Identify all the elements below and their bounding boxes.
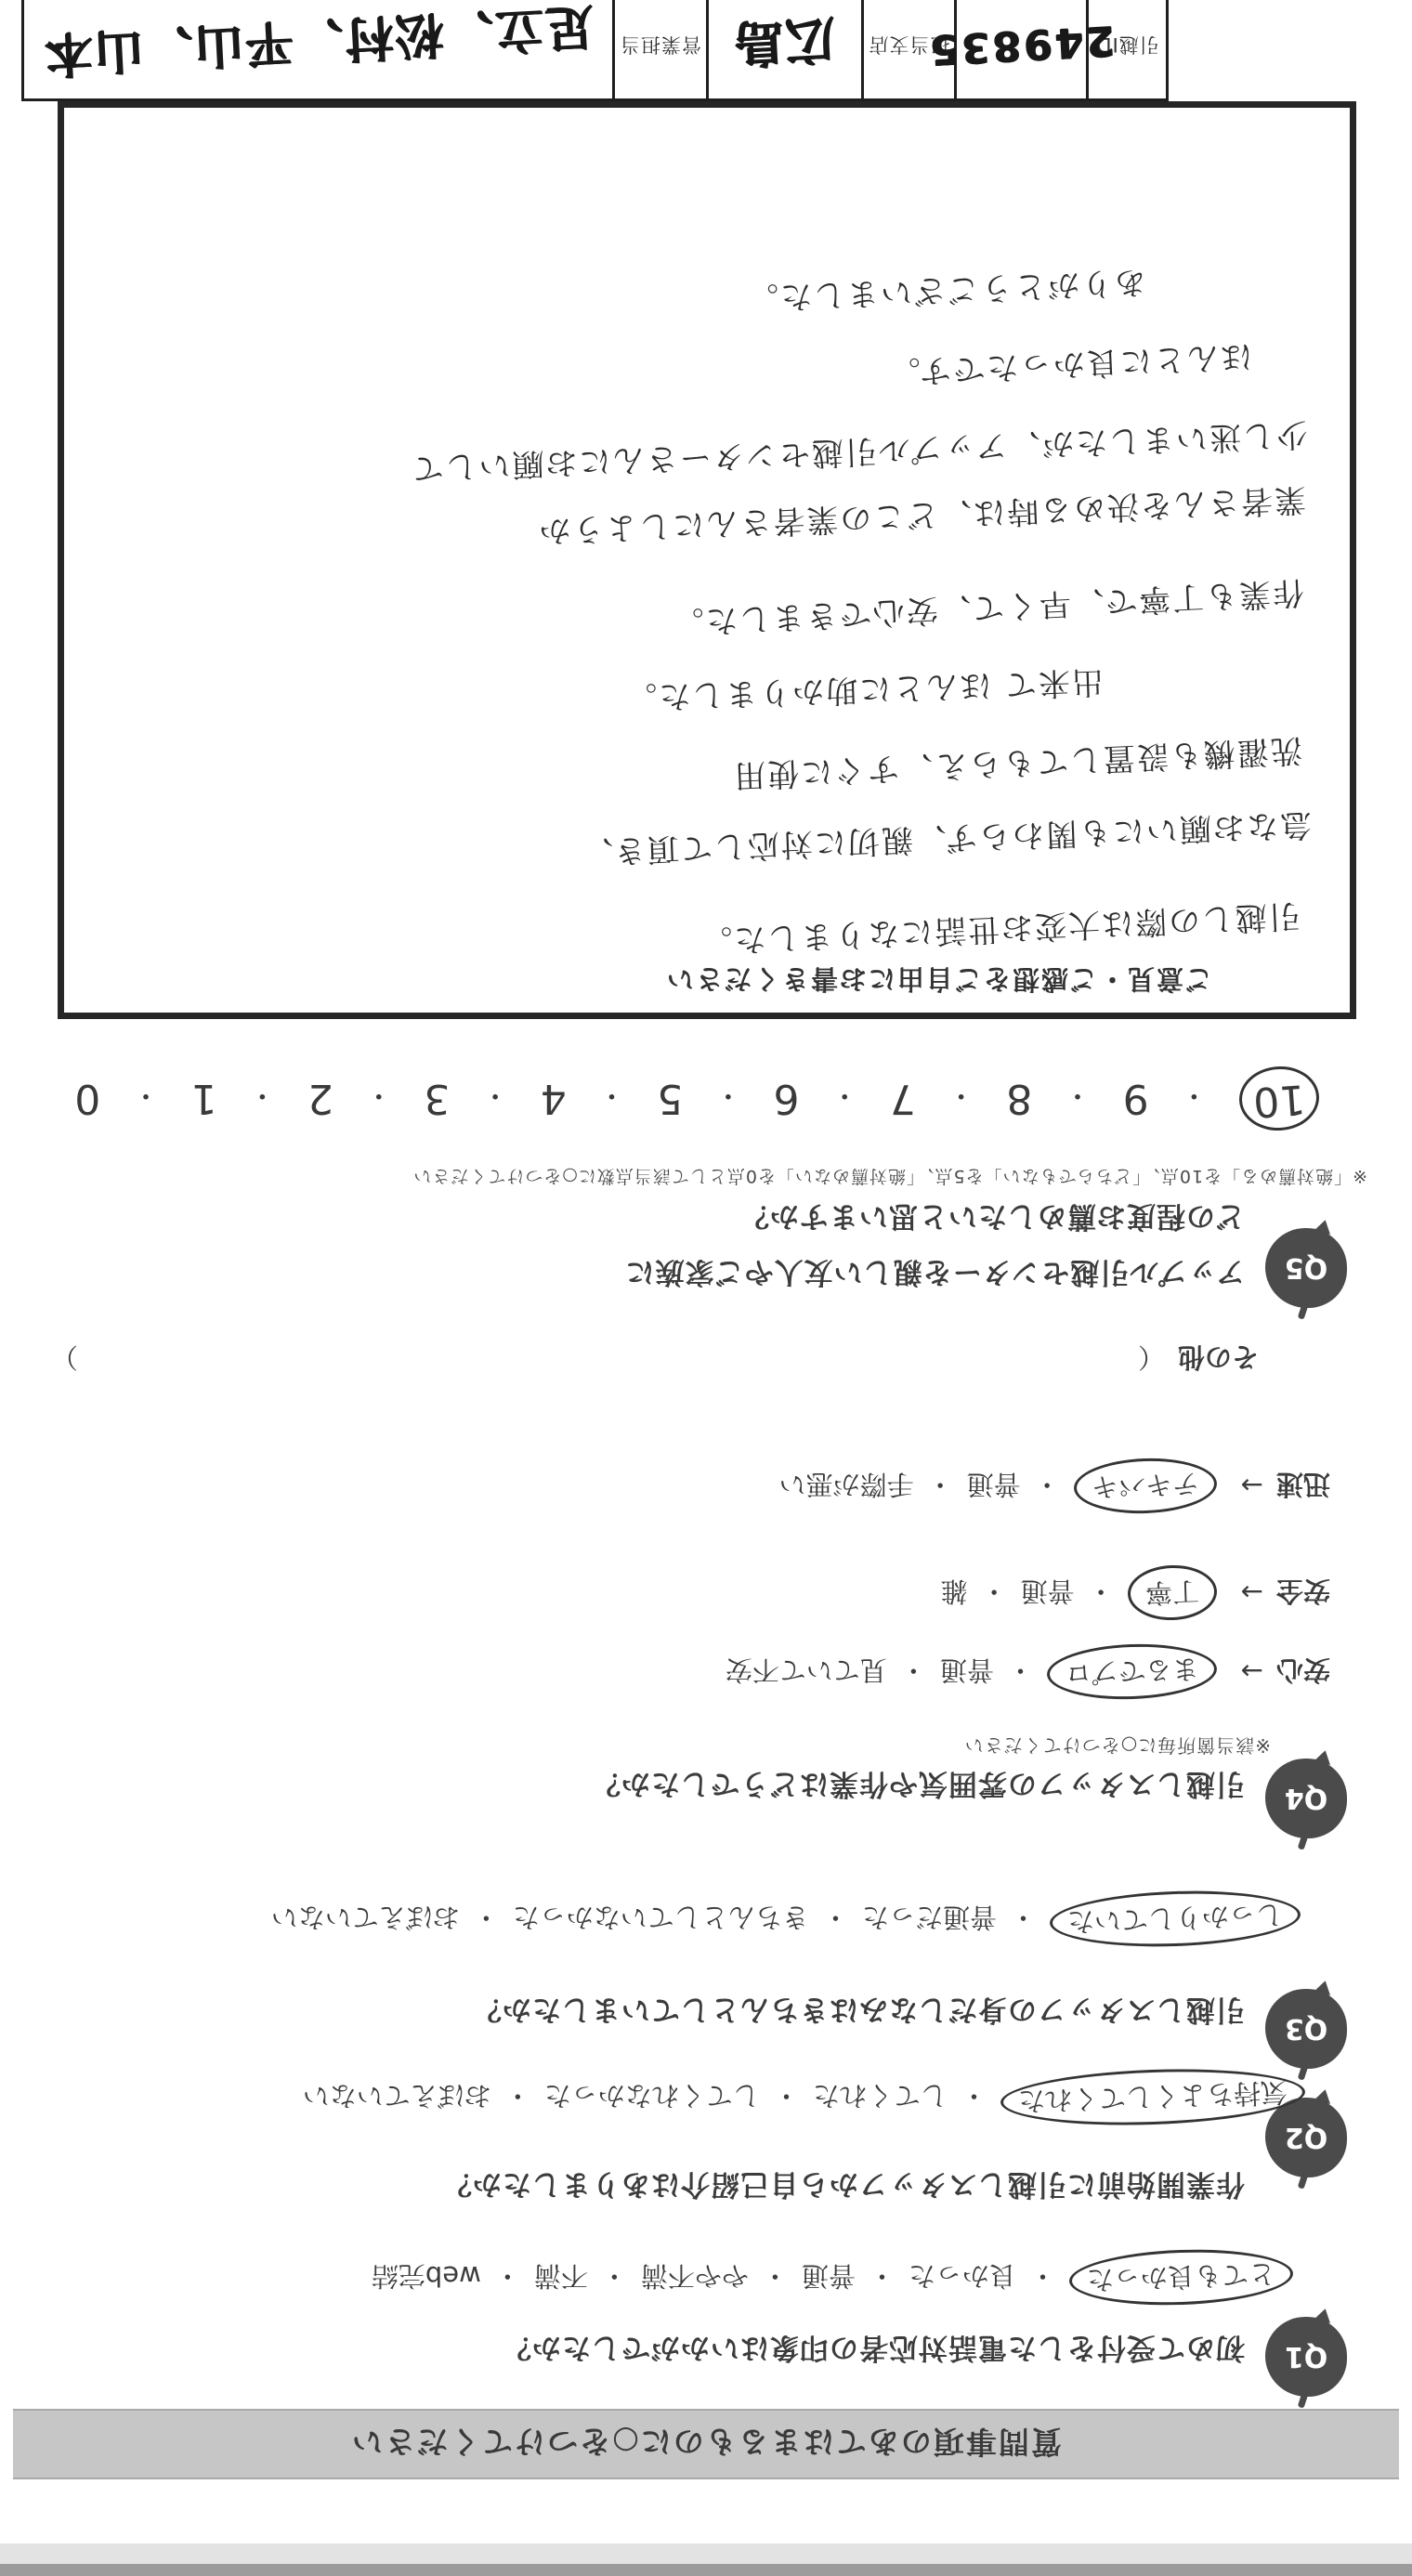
staff-handwritten-value: 足立、松村、平山、山本	[41, 0, 595, 95]
q2-options: 気持ちよくしてくれた ・ してくれた ・ してくれなかった ・ おぼえていない	[303, 2070, 1305, 2125]
q2-badge-label: Q2	[1285, 2122, 1327, 2154]
q4-row-1-selected-pen-circle: 丁寧	[1127, 1563, 1218, 1621]
q3-option-selected-pen-circle: しっかりしていた	[1049, 1887, 1301, 1950]
q4-row-anshin: 安心 → まるでプロ ・ 普通 ・ 見ていて不安	[726, 1644, 1330, 1699]
q5-badge-icon: Q5	[1265, 1228, 1347, 1308]
q3-option-2: きちんとしていなかった	[513, 1900, 809, 1938]
separator-dot: ・	[132, 1079, 160, 1119]
separator-dot: ・	[1010, 1900, 1037, 1938]
q1-badge-icon: Q1	[1265, 2317, 1347, 2397]
arrow-icon: →	[1241, 1656, 1263, 1688]
q4-question: 引越しスタッフの雰囲気や作業はどうでしたか？	[591, 1766, 1245, 1808]
q4-row-0-option-2: 見ていて不安	[726, 1653, 887, 1691]
paren-open: （	[1138, 1340, 1165, 1378]
q5-badge-label: Q5	[1285, 1252, 1327, 1285]
q2-option-0: 気持ちよくしてくれた	[1017, 2076, 1288, 2117]
nps-0: 0	[74, 1075, 100, 1122]
nps-scale: 10 ・ 9 ・ 8 ・ 7 ・ 6 ・ 5 ・ 4 ・ 3 ・ 2 ・ 1 ・…	[74, 1066, 1319, 1131]
q1-option-5: web完結	[372, 2258, 481, 2296]
nps-3: 3	[424, 1075, 450, 1122]
q4-row-2-label: 迅速	[1276, 1467, 1330, 1505]
q4-row-1-label: 安全	[1276, 1574, 1330, 1612]
separator-dot: ・	[1007, 1653, 1034, 1691]
nps-7: 7	[890, 1075, 916, 1122]
q4-badge-label: Q4	[1285, 1783, 1327, 1815]
staff-label: 営業担当	[620, 32, 701, 59]
separator-dot: ・	[948, 1079, 975, 1119]
q4-row-2-selected-pen-circle: テキパキ	[1073, 1456, 1218, 1515]
separator-dot: ・	[900, 1653, 927, 1691]
form-title: 質問事項のあてはまるものに○をつけてください	[350, 2423, 1062, 2466]
paren-close: ）	[51, 1340, 78, 1378]
nps-selected-pen-circle: 10	[1237, 1064, 1322, 1133]
q1-option-4: 不満	[534, 2258, 588, 2296]
q1-option-0: とても良かった	[1086, 2257, 1275, 2295]
separator-dot: ・	[981, 1574, 1008, 1612]
nps-8: 8	[1006, 1075, 1032, 1122]
separator-dot: ・	[961, 2078, 987, 2116]
separator-dot: ・	[869, 2258, 896, 2296]
q4-row-2-option-2: 手際が悪い	[779, 1467, 914, 1505]
separator-dot: ・	[830, 1079, 858, 1119]
arrow-icon: →	[1241, 1577, 1263, 1609]
q4-row-0-option-0: まるでプロ	[1064, 1653, 1199, 1689]
nps-4: 4	[541, 1075, 567, 1122]
separator-dot: ・	[822, 1900, 849, 1938]
separator-dot: ・	[365, 1079, 393, 1119]
separator-dot: ・	[601, 2258, 628, 2296]
q4-other-row: その他 （ ）	[51, 1340, 1259, 1378]
separator-dot: ・	[762, 2258, 789, 2296]
scanned-page: 質問事項のあてはまるものに○をつけてください Q1 初めて受付をした電話対応者の…	[0, 0, 1412, 2576]
q3-option-0: しっかりしていた	[1066, 1899, 1283, 1938]
separator-dot: ・	[504, 2078, 531, 2116]
nps-5: 5	[657, 1075, 683, 1122]
form-title-bar: 質問事項のあてはまるものに○をつけてください	[13, 2409, 1399, 2479]
footer-table: 引越ID 249835 担当支店 広島 営業担当 足立、松村、平山、山本	[21, 0, 1169, 101]
q4-row-jinsoku: 迅速 → テキパキ ・ 普通 ・ 手際が悪い	[779, 1458, 1330, 1513]
q4-row-2-option-0: テキパキ	[1091, 1468, 1199, 1503]
q1-option-3: やや不満	[641, 2258, 749, 2296]
staff-value-cell: 足立、松村、平山、山本	[24, 0, 612, 98]
q3-option-3: おぼえていない	[271, 1900, 460, 1938]
q3-question: 引越しスタッフの身だしなみはきちんとしていましたか？	[472, 1992, 1245, 2033]
q3-badge-label: Q3	[1285, 2013, 1327, 2046]
q4-other-label: その他	[1178, 1340, 1259, 1378]
separator-dot: ・	[714, 1079, 742, 1119]
nps-10: 10	[1251, 1075, 1306, 1126]
q2-option-2: してくれなかった	[544, 2078, 760, 2116]
q2-question: 作業開始前に引越しスタッフから自己紹介はありましたか？	[442, 2166, 1245, 2208]
q1-option-1: 良かった	[909, 2258, 1016, 2296]
nps-1: 1	[191, 1075, 217, 1122]
q4-row-1-option-1: 普通	[1021, 1574, 1075, 1612]
staff-label-cell: 営業担当	[612, 0, 706, 98]
branch-handwritten-value: 広島	[733, 7, 837, 85]
separator-dot: ・	[494, 2258, 521, 2296]
q4-badge-icon: Q4	[1265, 1759, 1347, 1838]
q4-row-2-option-1: 普通	[967, 1467, 1021, 1505]
q4-row-0-label: 安心	[1276, 1653, 1330, 1691]
q1-badge-label: Q1	[1285, 2341, 1327, 2373]
separator-dot: ・	[1088, 1574, 1115, 1612]
q4-row-1-option-0: 丁寧	[1144, 1576, 1199, 1609]
q2-option-1: してくれた	[813, 2078, 948, 2116]
separator-dot: ・	[1180, 1079, 1208, 1119]
scan-edge-strip-light	[0, 2543, 1412, 2564]
scan-edge-strip-dark	[0, 2564, 1412, 2576]
q4-note: ※該当箇所毎に○をつけてください	[964, 1733, 1271, 1760]
comments-box: ご意見・ご感想をご自由にお書きください	[58, 101, 1356, 1019]
q1-option-2: 普通	[802, 2258, 856, 2296]
separator-dot: ・	[473, 1900, 500, 1938]
q4-row-0-selected-pen-circle: まるでプロ	[1046, 1641, 1218, 1702]
separator-dot: ・	[1034, 1467, 1061, 1505]
separator-dot: ・	[773, 2078, 800, 2116]
survey-sheet: 質問事項のあてはまるものに○をつけてください Q1 初めて受付をした電話対応者の…	[0, 0, 1412, 2576]
separator-dot: ・	[597, 1079, 625, 1119]
q3-option-1: 普通だった	[862, 1900, 997, 1938]
q2-option-selected-pen-circle: 気持ちよくしてくれた	[1000, 2064, 1306, 2129]
q5-question-line2: どの程度お薦めしたいと思いますか？	[739, 1198, 1245, 1240]
q4-row-0-option-1: 普通	[940, 1653, 994, 1691]
q2-option-3: おぼえていない	[303, 2078, 491, 2116]
q3-options: しっかりしていた ・ 普通だった ・ きちんとしていなかった ・ おぼえていない	[271, 1891, 1301, 1946]
nps-6: 6	[774, 1075, 800, 1122]
q1-question: 初めて受付をした電話対応者の印象はいかがでしたか？	[502, 2330, 1245, 2372]
comments-header: ご意見・ご感想をご自由にお書きください	[665, 961, 1212, 1000]
branch-value-cell: 広島	[706, 0, 861, 98]
nps-2: 2	[307, 1075, 333, 1122]
separator-dot: ・	[1029, 2258, 1056, 2296]
nps-9: 9	[1123, 1075, 1149, 1122]
q1-options: とても良かった ・ 良かった ・ 普通 ・ やや不満 ・ 不満 ・ web完結	[372, 2250, 1293, 2305]
q5-note: ※「絶対薦める」を10点、「どちらでもない」を5点、「絶対薦めない」を0点として…	[412, 1165, 1367, 1190]
separator-dot: ・	[248, 1079, 276, 1119]
move-id-value-cell: 249835	[954, 0, 1086, 98]
q1-option-selected-pen-circle: とても良かった	[1068, 2246, 1294, 2308]
arrow-icon: →	[1241, 1471, 1263, 1502]
separator-dot: ・	[1064, 1079, 1092, 1119]
q5-question-line1: アップル引越センターを親しい友人やご家族に	[625, 1254, 1245, 1296]
separator-dot: ・	[927, 1467, 954, 1505]
q4-row-anzen: 安全 → 丁寧 ・ 普通 ・ 雑	[941, 1565, 1330, 1620]
q3-badge-icon: Q3	[1265, 1989, 1347, 2069]
separator-dot: ・	[481, 1079, 509, 1119]
q4-row-1-option-2: 雑	[941, 1574, 968, 1612]
